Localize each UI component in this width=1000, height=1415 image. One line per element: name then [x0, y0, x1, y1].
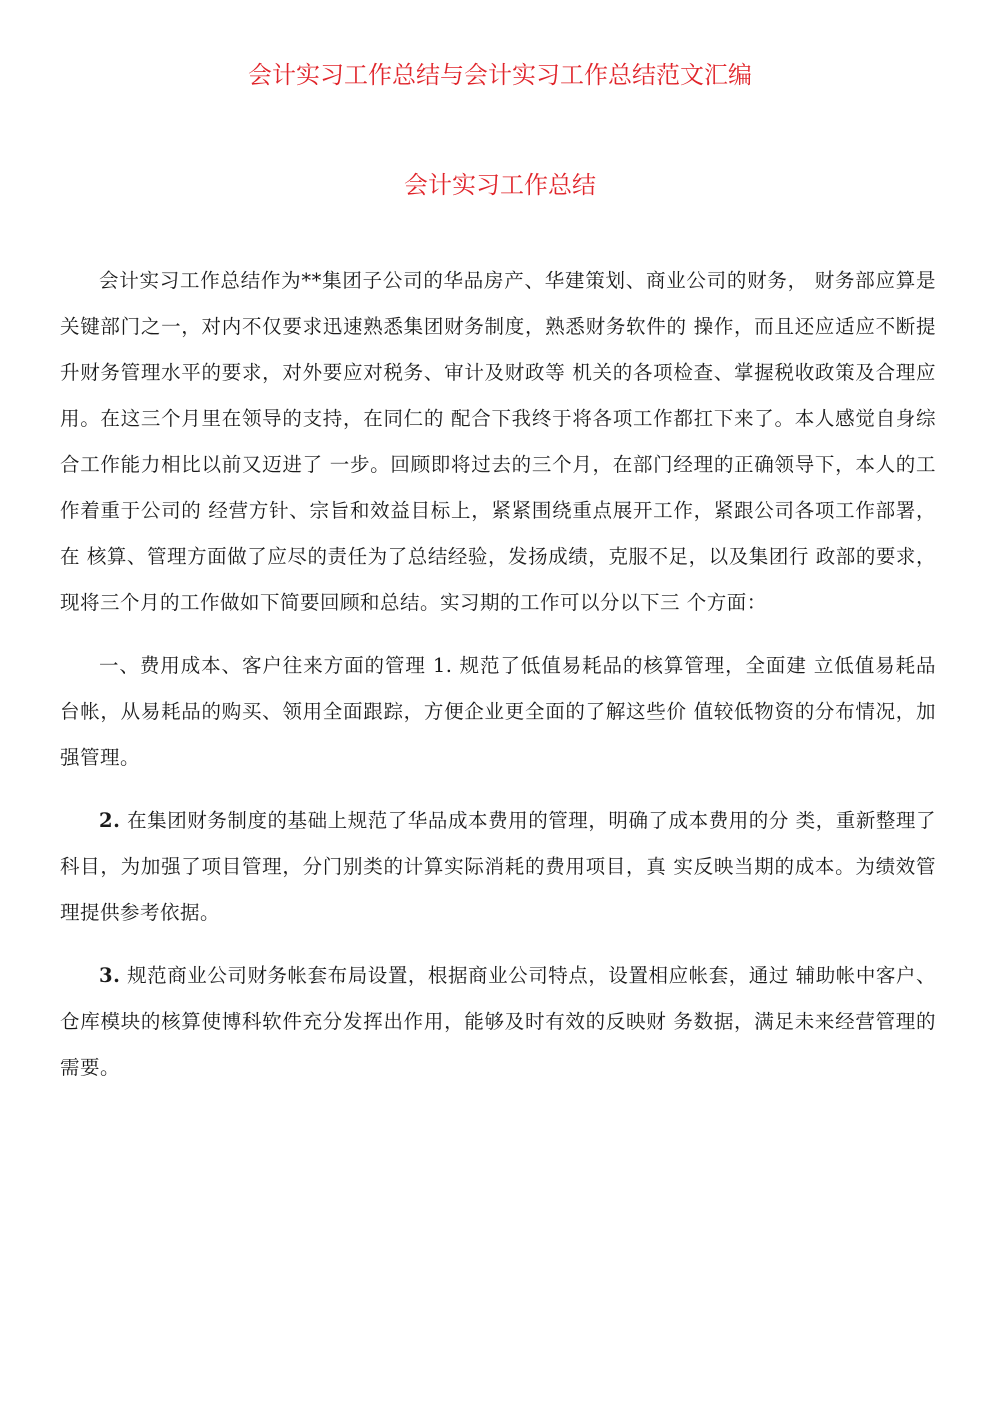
- paragraph-section-1: 一、费用成本、客户往来方面的管理 1. 规范了低值易耗品的核算管理，全面建 立低…: [60, 643, 936, 781]
- paragraph-text: 规范商业公司财务帐套布局设置，根据商业公司特点，设置相应帐套，通过 辅助帐中客户…: [60, 964, 936, 1079]
- document-body: 会计实习工作总结作为**集团子公司的华品房产、华建策划、商业公司的财务， 财务部…: [60, 258, 936, 1091]
- document-subtitle: 会计实习工作总结: [0, 170, 1000, 200]
- paragraph-text: 在集团财务制度的基础上规范了华品成本费用的管理，明确了成本费用的分 类，重新整理…: [60, 809, 936, 924]
- paragraph-text: 会计实习工作总结作为**集团子公司的华品房产、华建策划、商业公司的财务， 财务部…: [60, 269, 936, 614]
- paragraph-item-3: 3. 规范商业公司财务帐套布局设置，根据商业公司特点，设置相应帐套，通过 辅助帐…: [60, 953, 936, 1091]
- paragraph-intro: 会计实习工作总结作为**集团子公司的华品房产、华建策划、商业公司的财务， 财务部…: [60, 258, 936, 626]
- item-number: 3.: [99, 964, 120, 987]
- paragraph-text: 一、费用成本、客户往来方面的管理 1. 规范了低值易耗品的核算管理，全面建 立低…: [60, 654, 936, 769]
- item-number: 2.: [99, 809, 120, 832]
- document-title: 会计实习工作总结与会计实习工作总结范文汇编: [0, 60, 1000, 90]
- paragraph-item-2: 2. 在集团财务制度的基础上规范了华品成本费用的管理，明确了成本费用的分 类，重…: [60, 798, 936, 936]
- document-page: 会计实习工作总结与会计实习工作总结范文汇编 会计实习工作总结 会计实习工作总结作…: [0, 0, 1000, 1415]
